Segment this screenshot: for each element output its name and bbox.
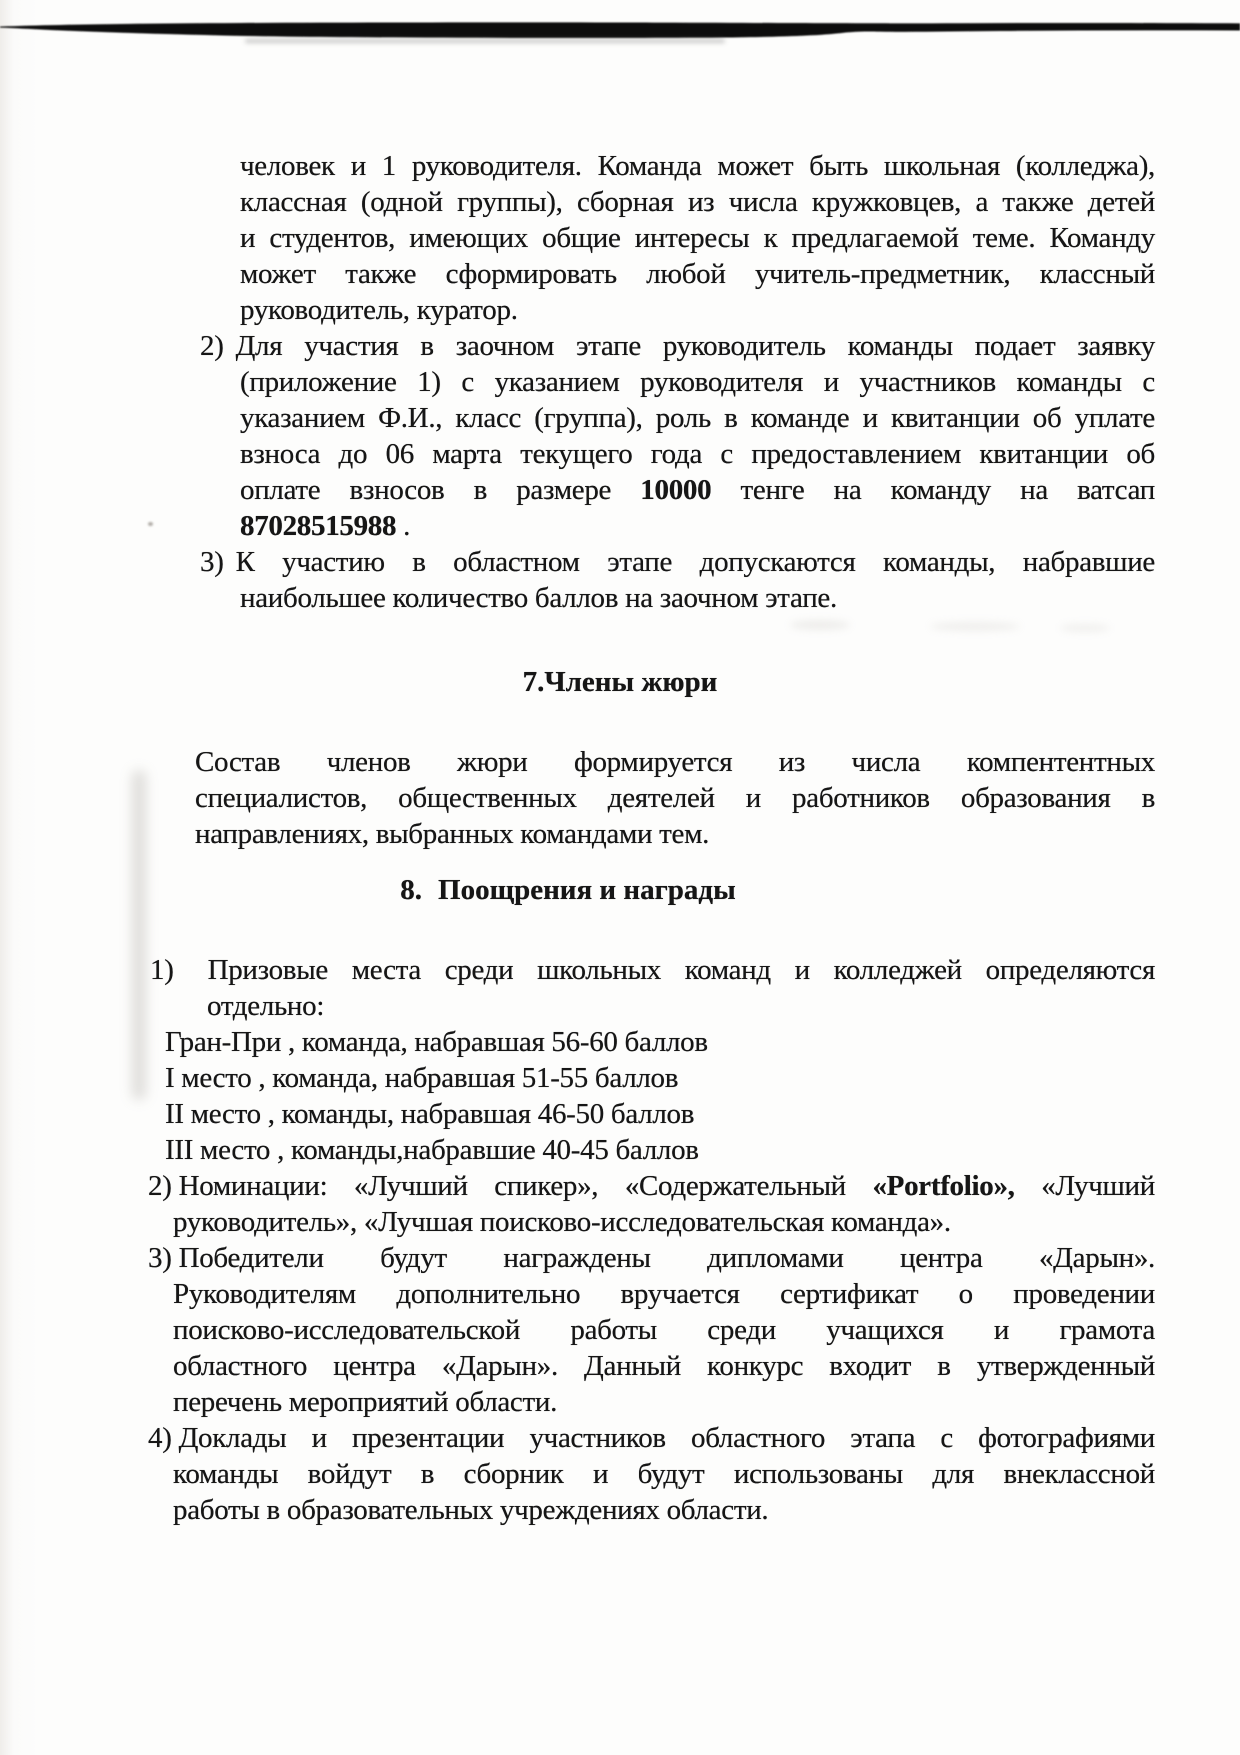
awards-item-4-line: работы в образовательных учреждениях обл… bbox=[173, 1492, 1155, 1528]
intro-paragraph-line: и студентов, имеющих общие интересы к пр… bbox=[240, 220, 1155, 256]
scanned-page: человек и 1 руководителя. Команда может … bbox=[0, 0, 1240, 1755]
section-heading-awards: 8.Поощрения и награды bbox=[0, 872, 1240, 908]
awards-item-2-first-line: 2)Номинации: «Лучший спикер», «Содержате… bbox=[148, 1168, 1155, 1204]
line-text: Номинации: «Лучший спикер», «Содержатель… bbox=[179, 1170, 873, 1202]
line-text: К участию в областном этапе допускаются … bbox=[236, 546, 1155, 578]
awards-item-4-line: команды войдут в сборник и будут использ… bbox=[173, 1456, 1155, 1492]
list-item-3-line: наибольшее количество баллов на заочном … bbox=[240, 580, 1155, 616]
awards-item-3-line: Руководителям дополнительно вручается се… bbox=[173, 1276, 1155, 1312]
fee-amount: 10000 bbox=[640, 474, 711, 506]
line-text: оплате взносов в размере bbox=[240, 474, 640, 506]
awards-item-3-line: поисково-исследовательской работы среди … bbox=[173, 1312, 1155, 1348]
list-marker: 4) bbox=[148, 1422, 172, 1454]
intro-paragraph-line: классная (одной группы), сборная из числ… bbox=[240, 184, 1155, 220]
jury-paragraph-line: специалистов, общественных деятелей и ра… bbox=[195, 780, 1155, 816]
list-marker: 2) bbox=[148, 1170, 172, 1202]
line-text: Для участия в заочном этапе руководитель… bbox=[236, 330, 1155, 362]
awards-item-3-first-line: 3)Победители будут награждены дипломами … bbox=[148, 1240, 1155, 1276]
prize-place-line: II место , команды, набравшая 46-50 балл… bbox=[165, 1096, 1155, 1132]
list-marker: 2) bbox=[200, 330, 224, 362]
line-text: Призовые места среди школьных команд и к… bbox=[208, 954, 1155, 986]
heading-text: Поощрения и награды bbox=[438, 874, 736, 906]
awards-item-3-line: перечень мероприятий области. bbox=[173, 1384, 1155, 1420]
awards-item-1-line: отдельно: bbox=[207, 988, 1155, 1024]
intro-paragraph-line: может также сформировать любой учитель-п… bbox=[240, 256, 1155, 292]
line-text: Доклады и презентации участников областн… bbox=[179, 1422, 1155, 1454]
awards-item-3-line: областного центра «Дарын». Данный конкур… bbox=[173, 1348, 1155, 1384]
prize-place-line: III место , команды,набравшие 40-45 балл… bbox=[165, 1132, 1155, 1168]
portfolio-nomination: «Portfolio», bbox=[872, 1170, 1014, 1202]
intro-paragraph-line: руководитель, куратор. bbox=[240, 292, 1155, 328]
awards-item-1-first-line: 1)Призовые места среди школьных команд и… bbox=[150, 952, 1155, 988]
awards-item-4-first-line: 4)Доклады и презентации участников облас… bbox=[148, 1420, 1155, 1456]
list-item-3-first-line: 3)К участию в областном этапе допускаютс… bbox=[200, 544, 1155, 580]
prize-place-line: Гран-При , команда, набравшая 56-60 балл… bbox=[165, 1024, 1155, 1060]
list-item-2-line: указанием Ф.И., класс (группа), роль в к… bbox=[240, 400, 1155, 436]
line-text: «Лучший bbox=[1015, 1170, 1155, 1202]
section-heading-jury: 7.Члены жюри bbox=[0, 664, 1240, 700]
intro-paragraph-line: человек и 1 руководителя. Команда может … bbox=[240, 148, 1155, 184]
line-text: Победители будут награждены дипломами це… bbox=[179, 1242, 1155, 1274]
list-marker: 3) bbox=[200, 546, 224, 578]
jury-paragraph-line: направлениях, выбранных командами тем. bbox=[195, 816, 1155, 852]
heading-number: 8. bbox=[400, 874, 422, 906]
whatsapp-number-line: 87028515988 . bbox=[240, 508, 1155, 544]
list-marker: 3) bbox=[148, 1242, 172, 1274]
jury-paragraph-line: Состав членов жюри формируется из числа … bbox=[195, 744, 1155, 780]
awards-item-2-line: руководитель», «Лучшая поисково-исследов… bbox=[173, 1204, 1155, 1240]
list-marker: 1) bbox=[150, 954, 174, 986]
line-text: тенге на команду на ватсап bbox=[711, 474, 1155, 506]
list-item-2-line: (приложение 1) с указанием руководителя … bbox=[240, 364, 1155, 400]
prize-place-line: I место , команда, набравшая 51-55 балло… bbox=[165, 1060, 1155, 1096]
phone-number: 87028515988 bbox=[240, 510, 396, 542]
fee-amount-line: оплате взносов в размере 10000 тенге на … bbox=[240, 472, 1155, 508]
list-item-2-line: взноса до 06 марта текущего года с предо… bbox=[240, 436, 1155, 472]
document-content: человек и 1 руководителя. Команда может … bbox=[0, 0, 1240, 1528]
list-item-2-first-line: 2)Для участия в заочном этапе руководите… bbox=[200, 328, 1155, 364]
line-text: . bbox=[396, 510, 410, 542]
